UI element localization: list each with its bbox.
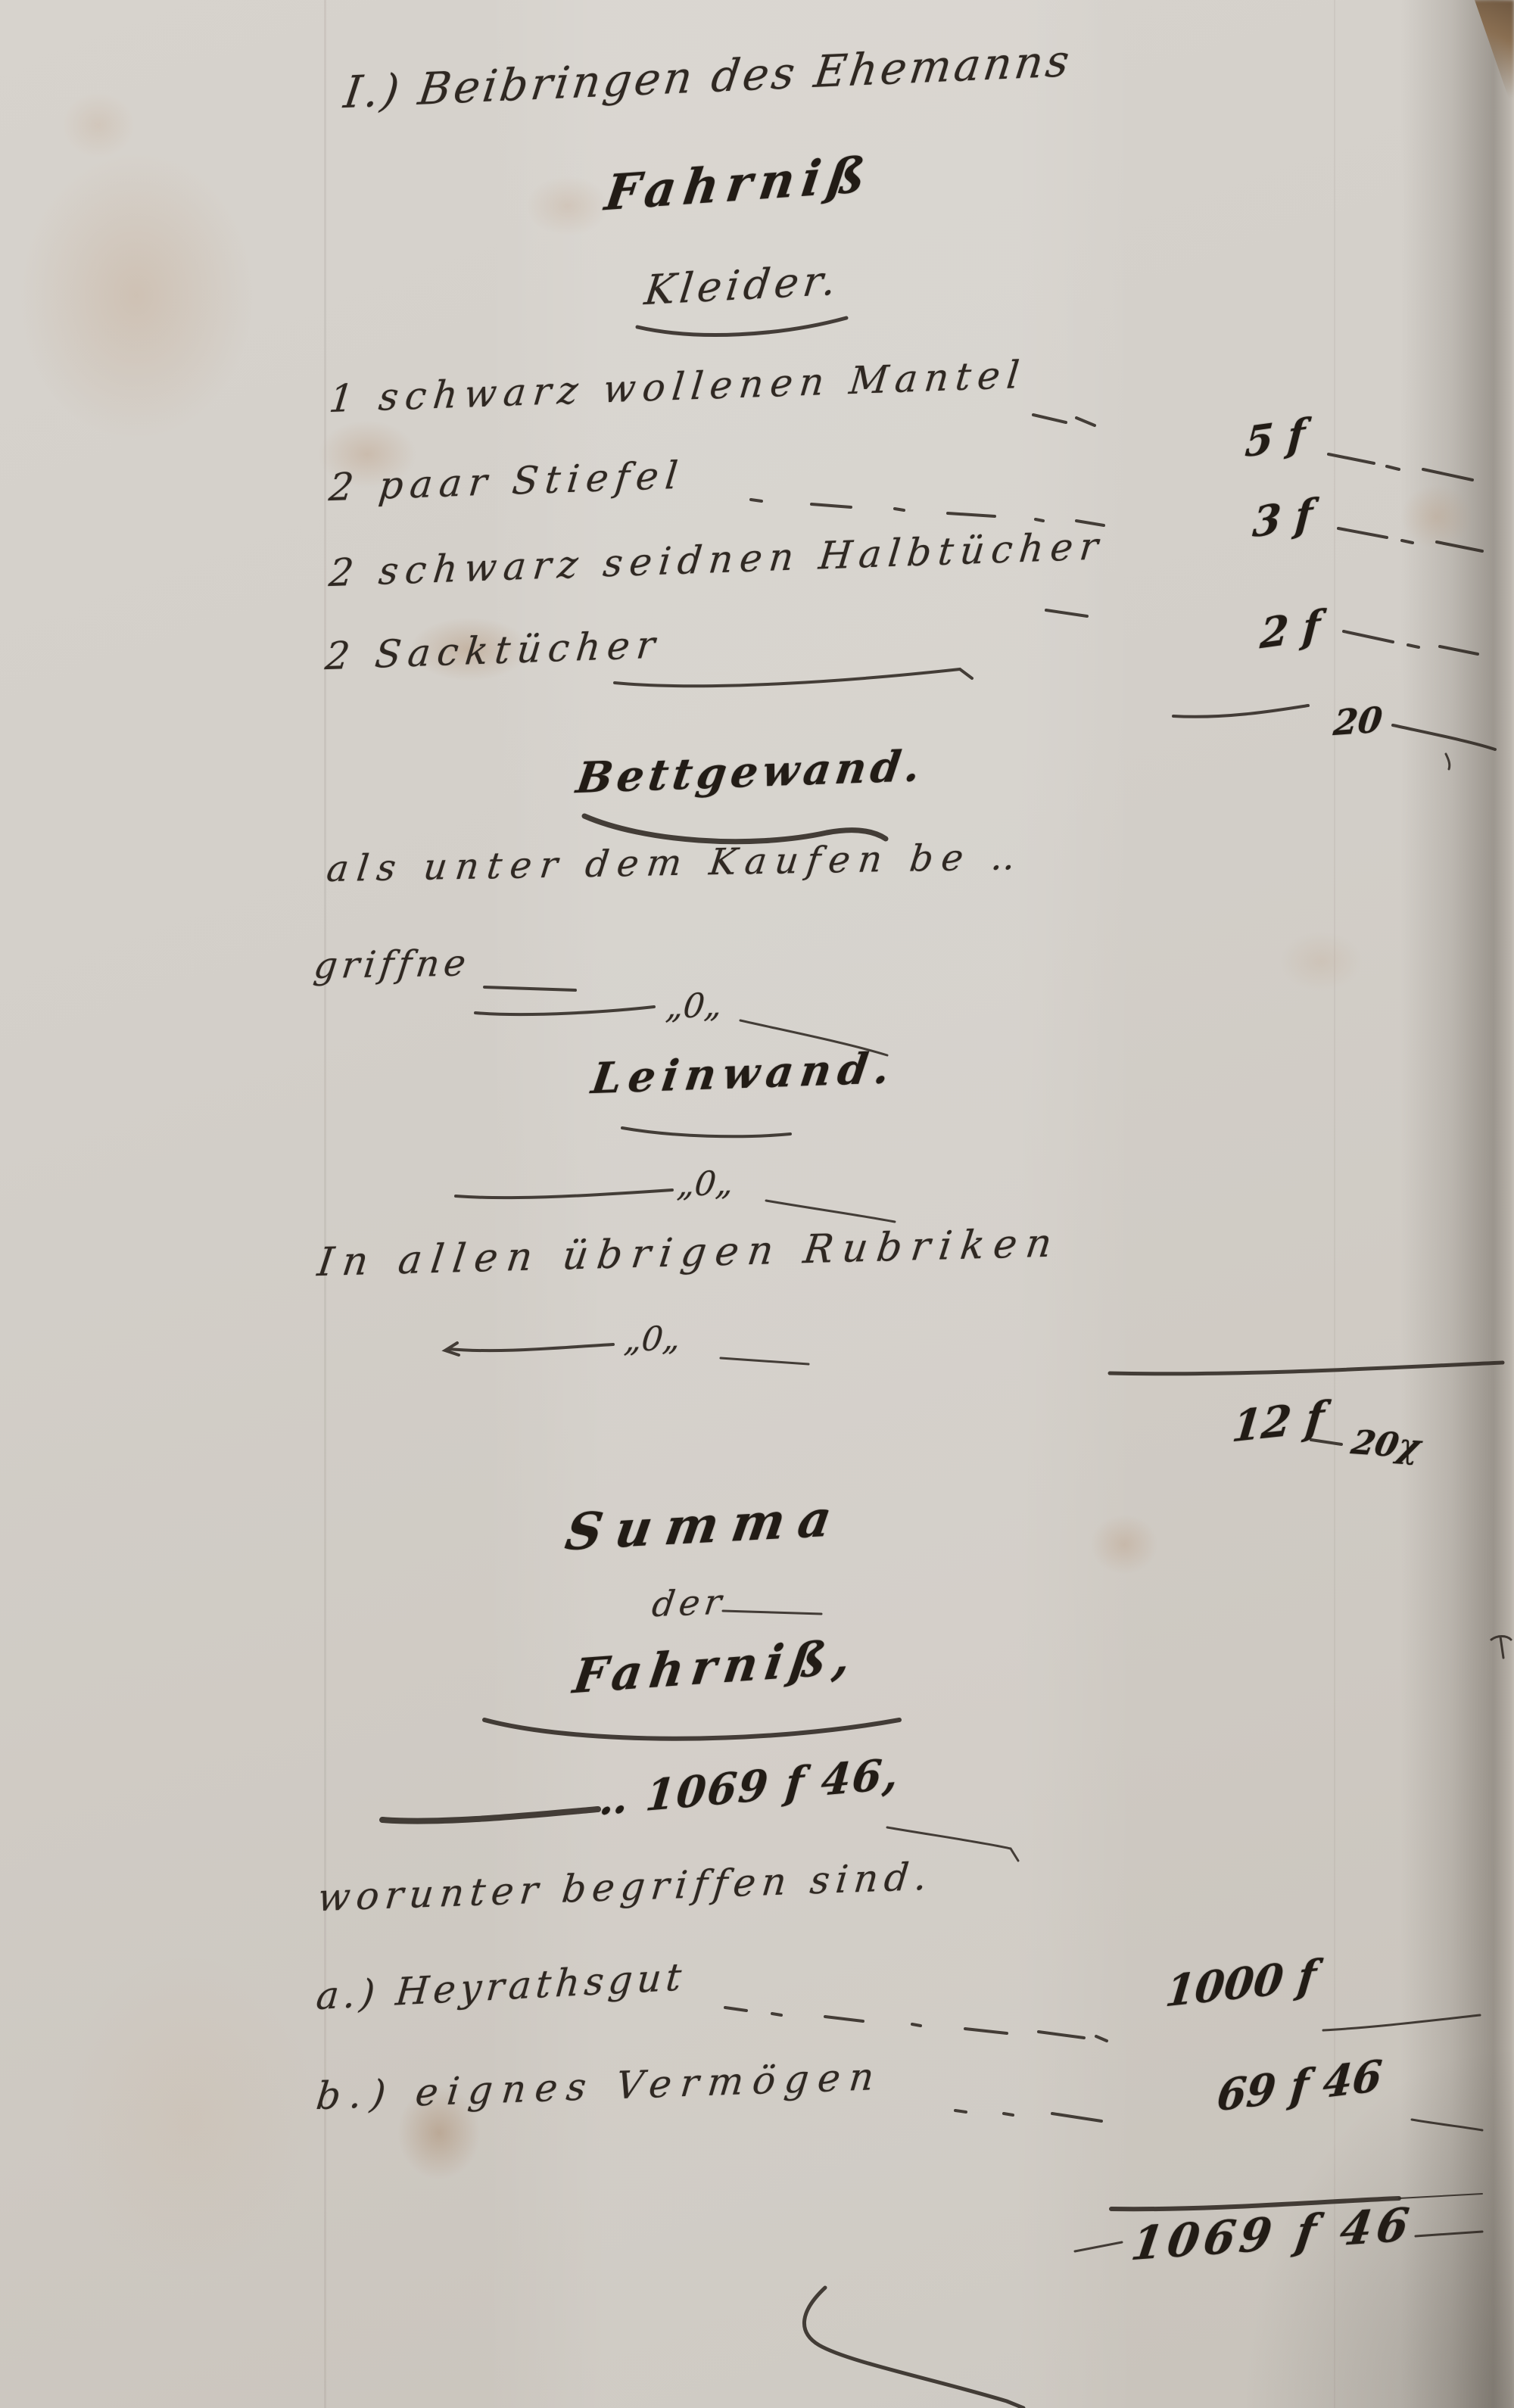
inventory-item-value: 3 f	[1251, 489, 1314, 547]
right-edge-mark-lower	[1491, 1637, 1511, 1659]
value-b-trailing-dash	[1412, 2120, 1482, 2130]
ink-flourishes	[0, 0, 1514, 2408]
entry-a-leader-dashes	[725, 2008, 1107, 2041]
zero3-trailing-dash	[721, 1358, 808, 1364]
entry-b-leader-dots	[955, 2111, 1101, 2121]
leinwand-underline-flourish	[622, 1128, 790, 1136]
griffne-trailing-dash	[484, 987, 575, 990]
amount-leading-dash	[382, 1809, 598, 1821]
item2-leader-dashes	[751, 500, 1104, 525]
right-edge-mark-upper	[1446, 754, 1450, 769]
zero1-leading-dash	[475, 1007, 654, 1014]
leinwand-zero-mark: „0„	[675, 1164, 735, 1204]
rubriken-zero-mark: „0„	[622, 1319, 682, 1360]
manuscript-page: I.) Beibringen des Ehemanns Fahrniß Klei…	[0, 0, 1514, 2408]
kleider-underline-flourish	[637, 318, 846, 335]
total-trailing-dash	[1416, 2232, 1482, 2236]
bettgewand-zero-mark: „0„	[664, 986, 724, 1026]
summa-der: der	[650, 1581, 728, 1625]
item4-leader-line	[615, 669, 972, 686]
inventory-item-value: 2 f	[1259, 600, 1322, 658]
value4-leading-dash	[1173, 706, 1308, 717]
value4-trailing-swoosh	[1393, 725, 1495, 749]
bettgewand-text-line2: griffne	[312, 942, 473, 987]
inventory-item-value: 5 f	[1244, 409, 1307, 466]
item3-trailing-dash	[1046, 610, 1087, 616]
bottom-pen-flourish	[804, 2288, 1023, 2408]
value1-trailing-dashes	[1329, 454, 1472, 480]
value3-trailing-dashes	[1344, 631, 1478, 654]
total-leading-dash	[1075, 2242, 1122, 2251]
inventory-item-value: 20	[1332, 699, 1385, 743]
zero2-trailing-swoosh	[766, 1201, 895, 1222]
subtotal-gulden: 12 f	[1229, 1392, 1326, 1453]
fahrniss-summa-flourish	[484, 1720, 899, 1739]
item1-trailing-tick	[1033, 415, 1095, 425]
value-a-trailing-dash	[1323, 2015, 1480, 2030]
der-trailing-dash	[723, 1611, 821, 1614]
subtotal-rule	[1110, 1363, 1503, 1374]
bettgewand-underline-flourish	[584, 816, 886, 842]
zero2-leading-dash	[456, 1190, 672, 1198]
value2-trailing-dashes	[1338, 528, 1482, 551]
subtotal-kreuzer: 20χ	[1348, 1423, 1425, 1466]
zero3-leading-dash	[445, 1343, 613, 1355]
